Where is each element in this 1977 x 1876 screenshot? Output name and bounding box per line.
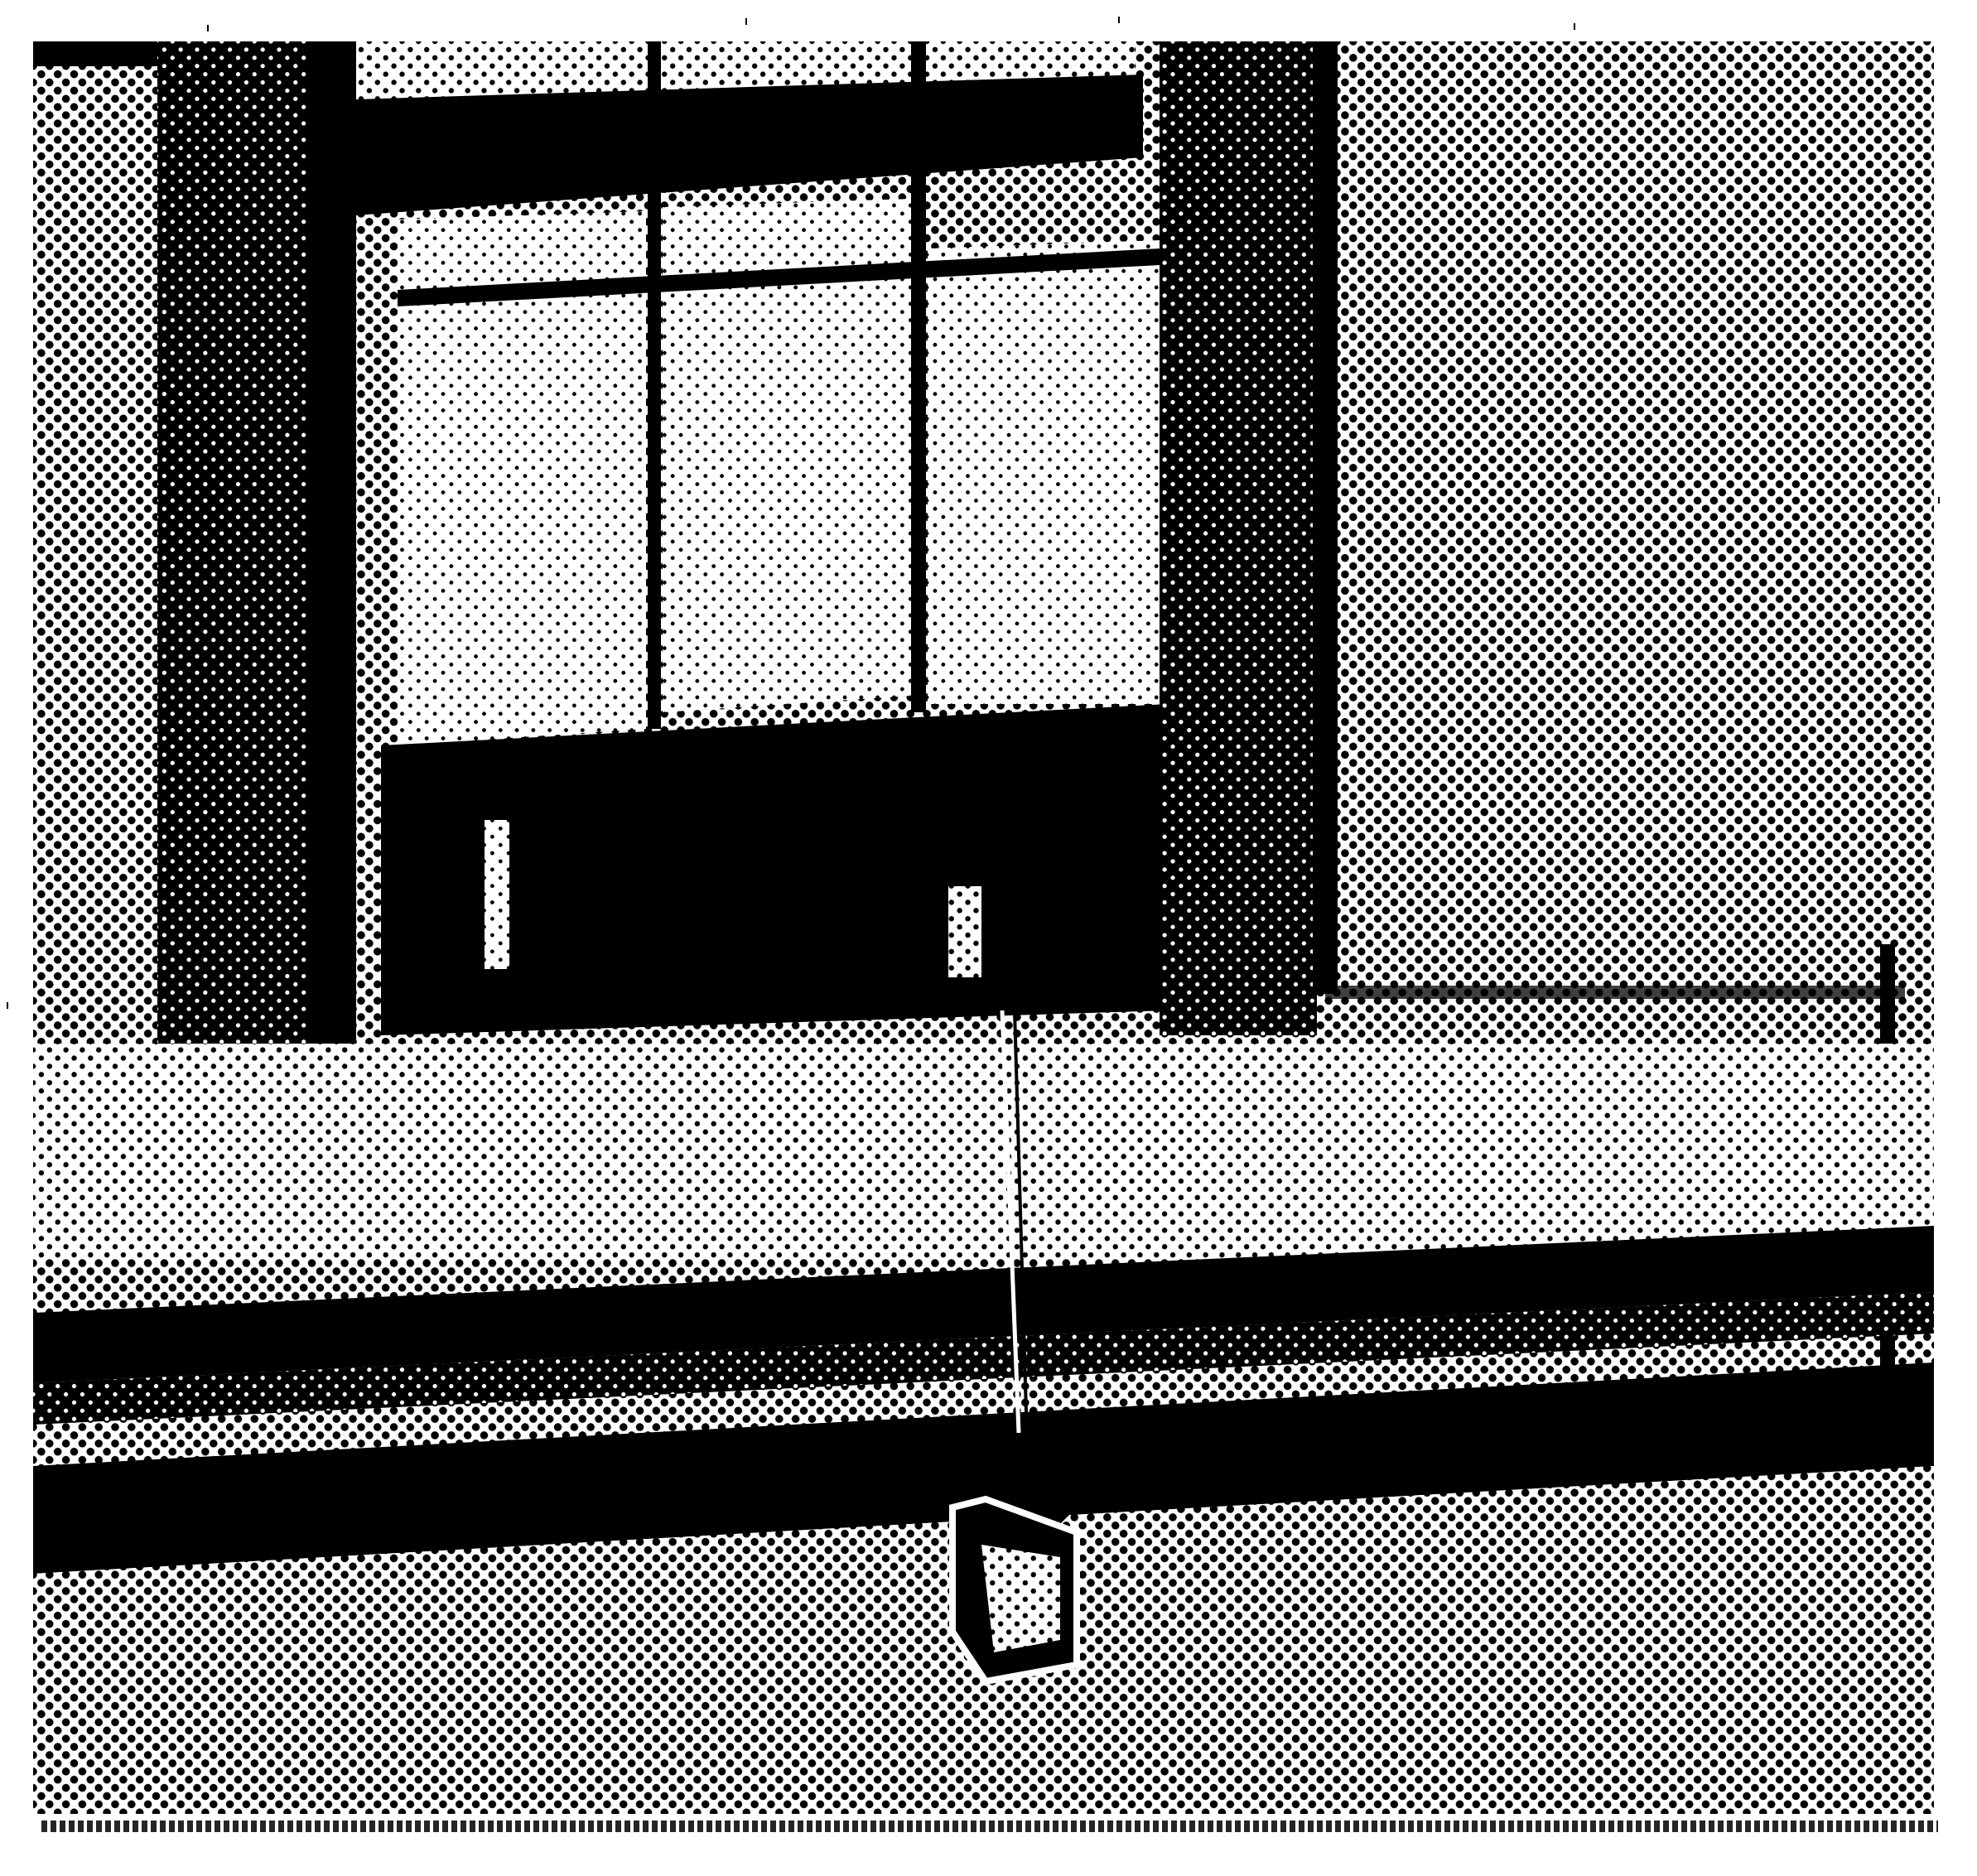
speck bbox=[7, 1002, 8, 1009]
speck bbox=[745, 18, 747, 25]
right-wall-shadow bbox=[1160, 41, 1317, 1035]
window-pane-left-lower bbox=[398, 290, 646, 745]
print-edge-artifact bbox=[41, 1821, 1938, 1832]
doorframe-left bbox=[1313, 41, 1338, 994]
doorframe-panel bbox=[1338, 41, 1934, 994]
sill bbox=[33, 1044, 1934, 1259]
speck bbox=[207, 25, 209, 31]
doorframe-bottom bbox=[1325, 986, 1905, 999]
interior-highlight-1 bbox=[485, 820, 509, 969]
window-pane-right bbox=[928, 240, 1160, 704]
photo-canvas bbox=[33, 41, 1934, 1814]
halftone-photograph bbox=[33, 41, 1934, 1814]
corner-shadow bbox=[33, 41, 157, 66]
interior-highlight-2 bbox=[948, 886, 981, 977]
speck bbox=[1574, 23, 1575, 30]
speck bbox=[1118, 17, 1120, 23]
left-pillar-shadow bbox=[157, 41, 331, 1093]
left-pillar bbox=[306, 41, 356, 1093]
window-muntin-2 bbox=[911, 41, 926, 712]
speck bbox=[1938, 497, 1940, 504]
window-muntin-1 bbox=[648, 41, 661, 729]
